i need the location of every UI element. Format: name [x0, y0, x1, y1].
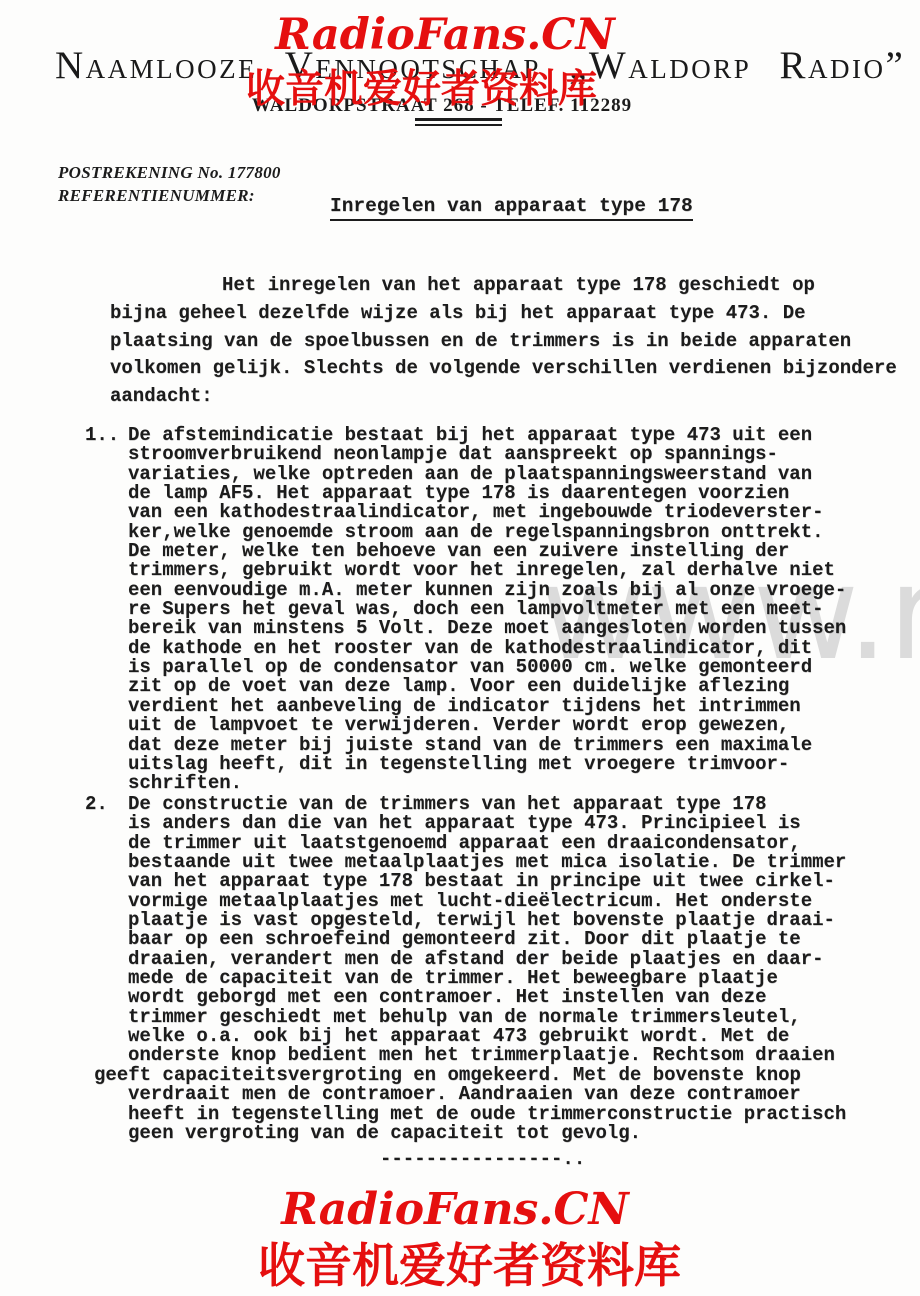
- text-line: wordt geborgd met een contramoer. Het in…: [128, 988, 846, 1007]
- document-title-text: Inregelen van apparaat type 178: [330, 195, 693, 221]
- watermark-radiofans-top: RadioFans.CN: [0, 10, 905, 60]
- list-item-1: 1.. De afstemindicatie bestaat bij het a…: [85, 426, 846, 794]
- text-line: stroomverbruikend neonlampje dat aanspre…: [128, 445, 846, 464]
- text-line: uit de lampvoet te verwijderen. Verder w…: [128, 716, 846, 735]
- watermark-radiofans-bottom: RadioFans.CN: [0, 1184, 915, 1235]
- dashed-separator: ----------------..: [380, 1148, 585, 1170]
- list-item-1-body: De afstemindicatie bestaat bij het appar…: [128, 426, 846, 794]
- text-line: verdraait men de contramoer. Aandraaien …: [128, 1085, 846, 1104]
- text-line: onderste knop bedient men het trimmerpla…: [128, 1046, 846, 1065]
- intro-paragraph: Het inregelen van het apparaat type 178 …: [110, 272, 897, 411]
- list-item-2-body: De constructie van de trimmers van het a…: [128, 795, 846, 1143]
- text-line: van het apparaat type 178 bestaat in pri…: [128, 872, 846, 891]
- text-line: Het inregelen van het apparaat type 178 …: [110, 272, 897, 300]
- scanned-document-page: RadioFans.CN 收音机爱好者资料库 www.rad Naamlooze…: [0, 0, 920, 1296]
- double-rule-divider: [415, 118, 502, 126]
- document-title: Inregelen van apparaat type 178: [330, 195, 693, 217]
- text-line: dat deze meter bij juiste stand van de t…: [128, 736, 846, 755]
- text-line: bijna geheel dezelfde wijze als bij het …: [110, 300, 897, 328]
- text-line: aandacht:: [110, 383, 897, 411]
- postrekening-line: POSTREKENING No. 177800: [58, 163, 281, 183]
- list-item-2: 2. De constructie van de trimmers van he…: [85, 795, 846, 1143]
- text-line: van een kathodestraalindicator, met inge…: [128, 503, 846, 522]
- list-item-2-marker: 2.: [85, 795, 108, 814]
- text-line: zit op de voet van deze lamp. Voor een d…: [128, 677, 846, 696]
- text-line: bereik van minstens 5 Volt. Deze moet aa…: [128, 619, 846, 638]
- list-item-1-marker: 1..: [85, 426, 119, 445]
- text-line: baar op een schroefeind gemonteerd zit. …: [128, 930, 846, 949]
- text-line: schriften.: [128, 774, 846, 793]
- text-line: geen vergroting van de capaciteit tot ge…: [128, 1124, 846, 1143]
- watermark-chinese-bottom: 收音机爱好者资料库: [258, 1229, 681, 1296]
- text-line: plaatsing van de spoelbussen en de trimm…: [110, 328, 897, 356]
- text-line: trimmers, gebruikt wordt voor het inrege…: [128, 561, 846, 580]
- text-line: volkomen gelijk. Slechts de volgende ver…: [110, 355, 897, 383]
- referentienummer-line: REFERENTIENUMMER:: [58, 186, 255, 206]
- text-line: heeft in tegenstelling met de oude trimm…: [128, 1105, 846, 1124]
- text-line: is anders dan die van het apparaat type …: [128, 814, 846, 833]
- watermark-chinese-top: 收音机爱好者资料库: [246, 58, 597, 114]
